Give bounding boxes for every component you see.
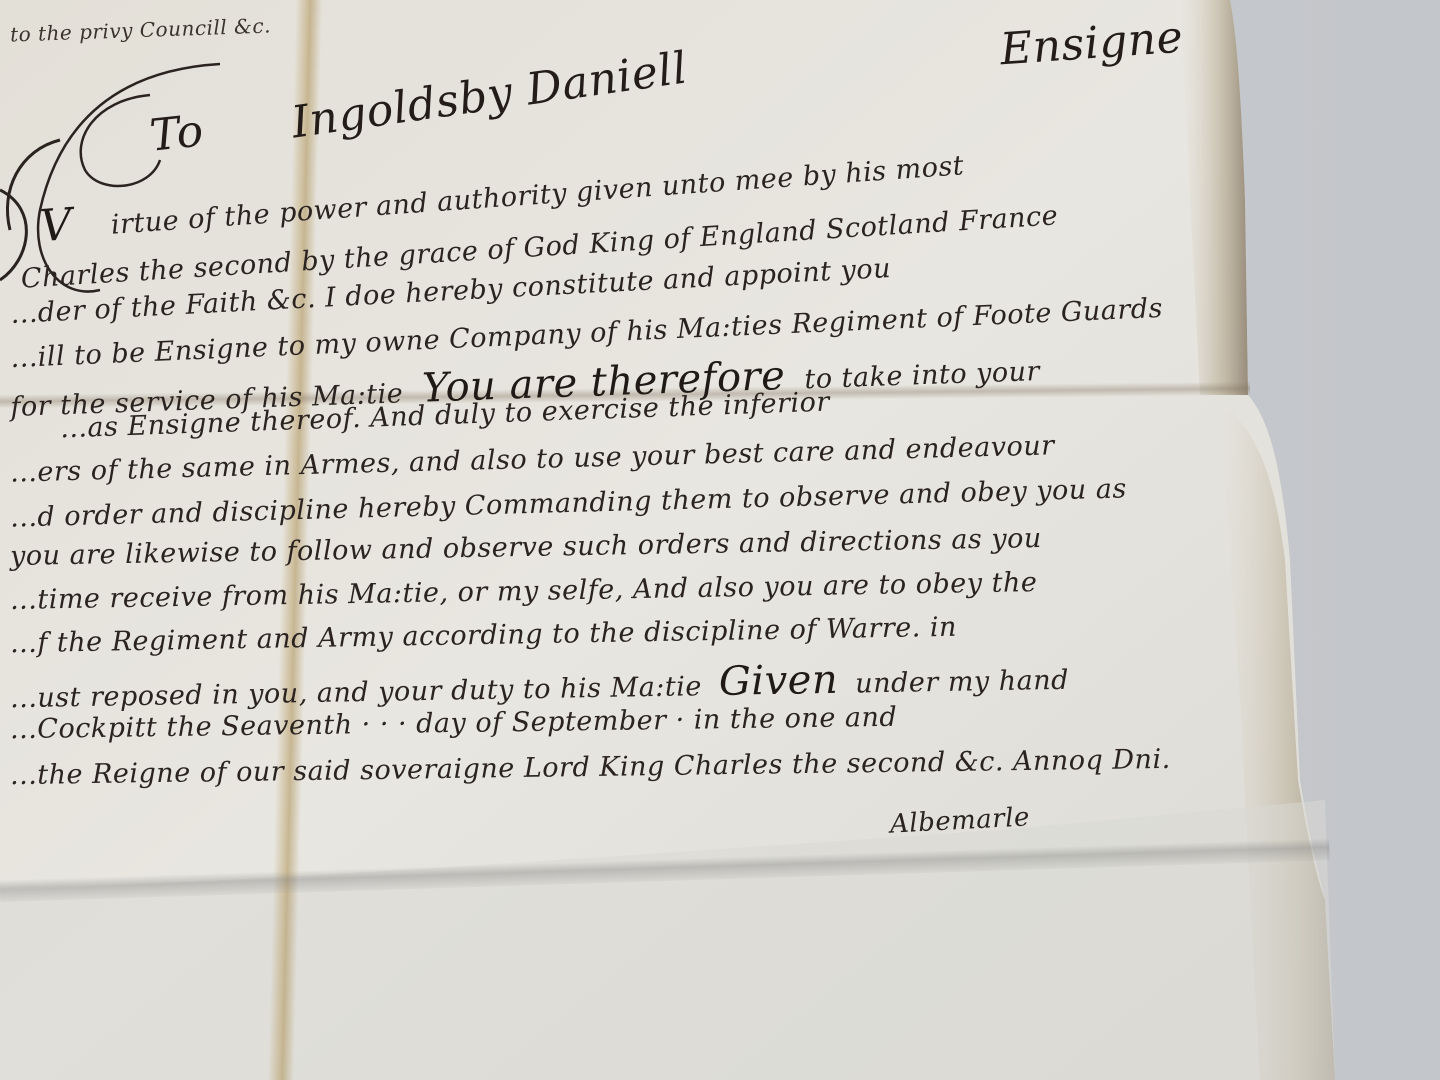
initial-letter: V: [38, 199, 74, 252]
body-line-12-tail: under my hand: [855, 665, 1069, 700]
body-line-5-tail: to take into your: [804, 356, 1041, 395]
emphasis-given: Given: [718, 657, 838, 705]
addressee-prefix: To: [147, 105, 205, 161]
parchment-document: to the privy Councill &c. To Ingoldsby D…: [0, 0, 1440, 1080]
